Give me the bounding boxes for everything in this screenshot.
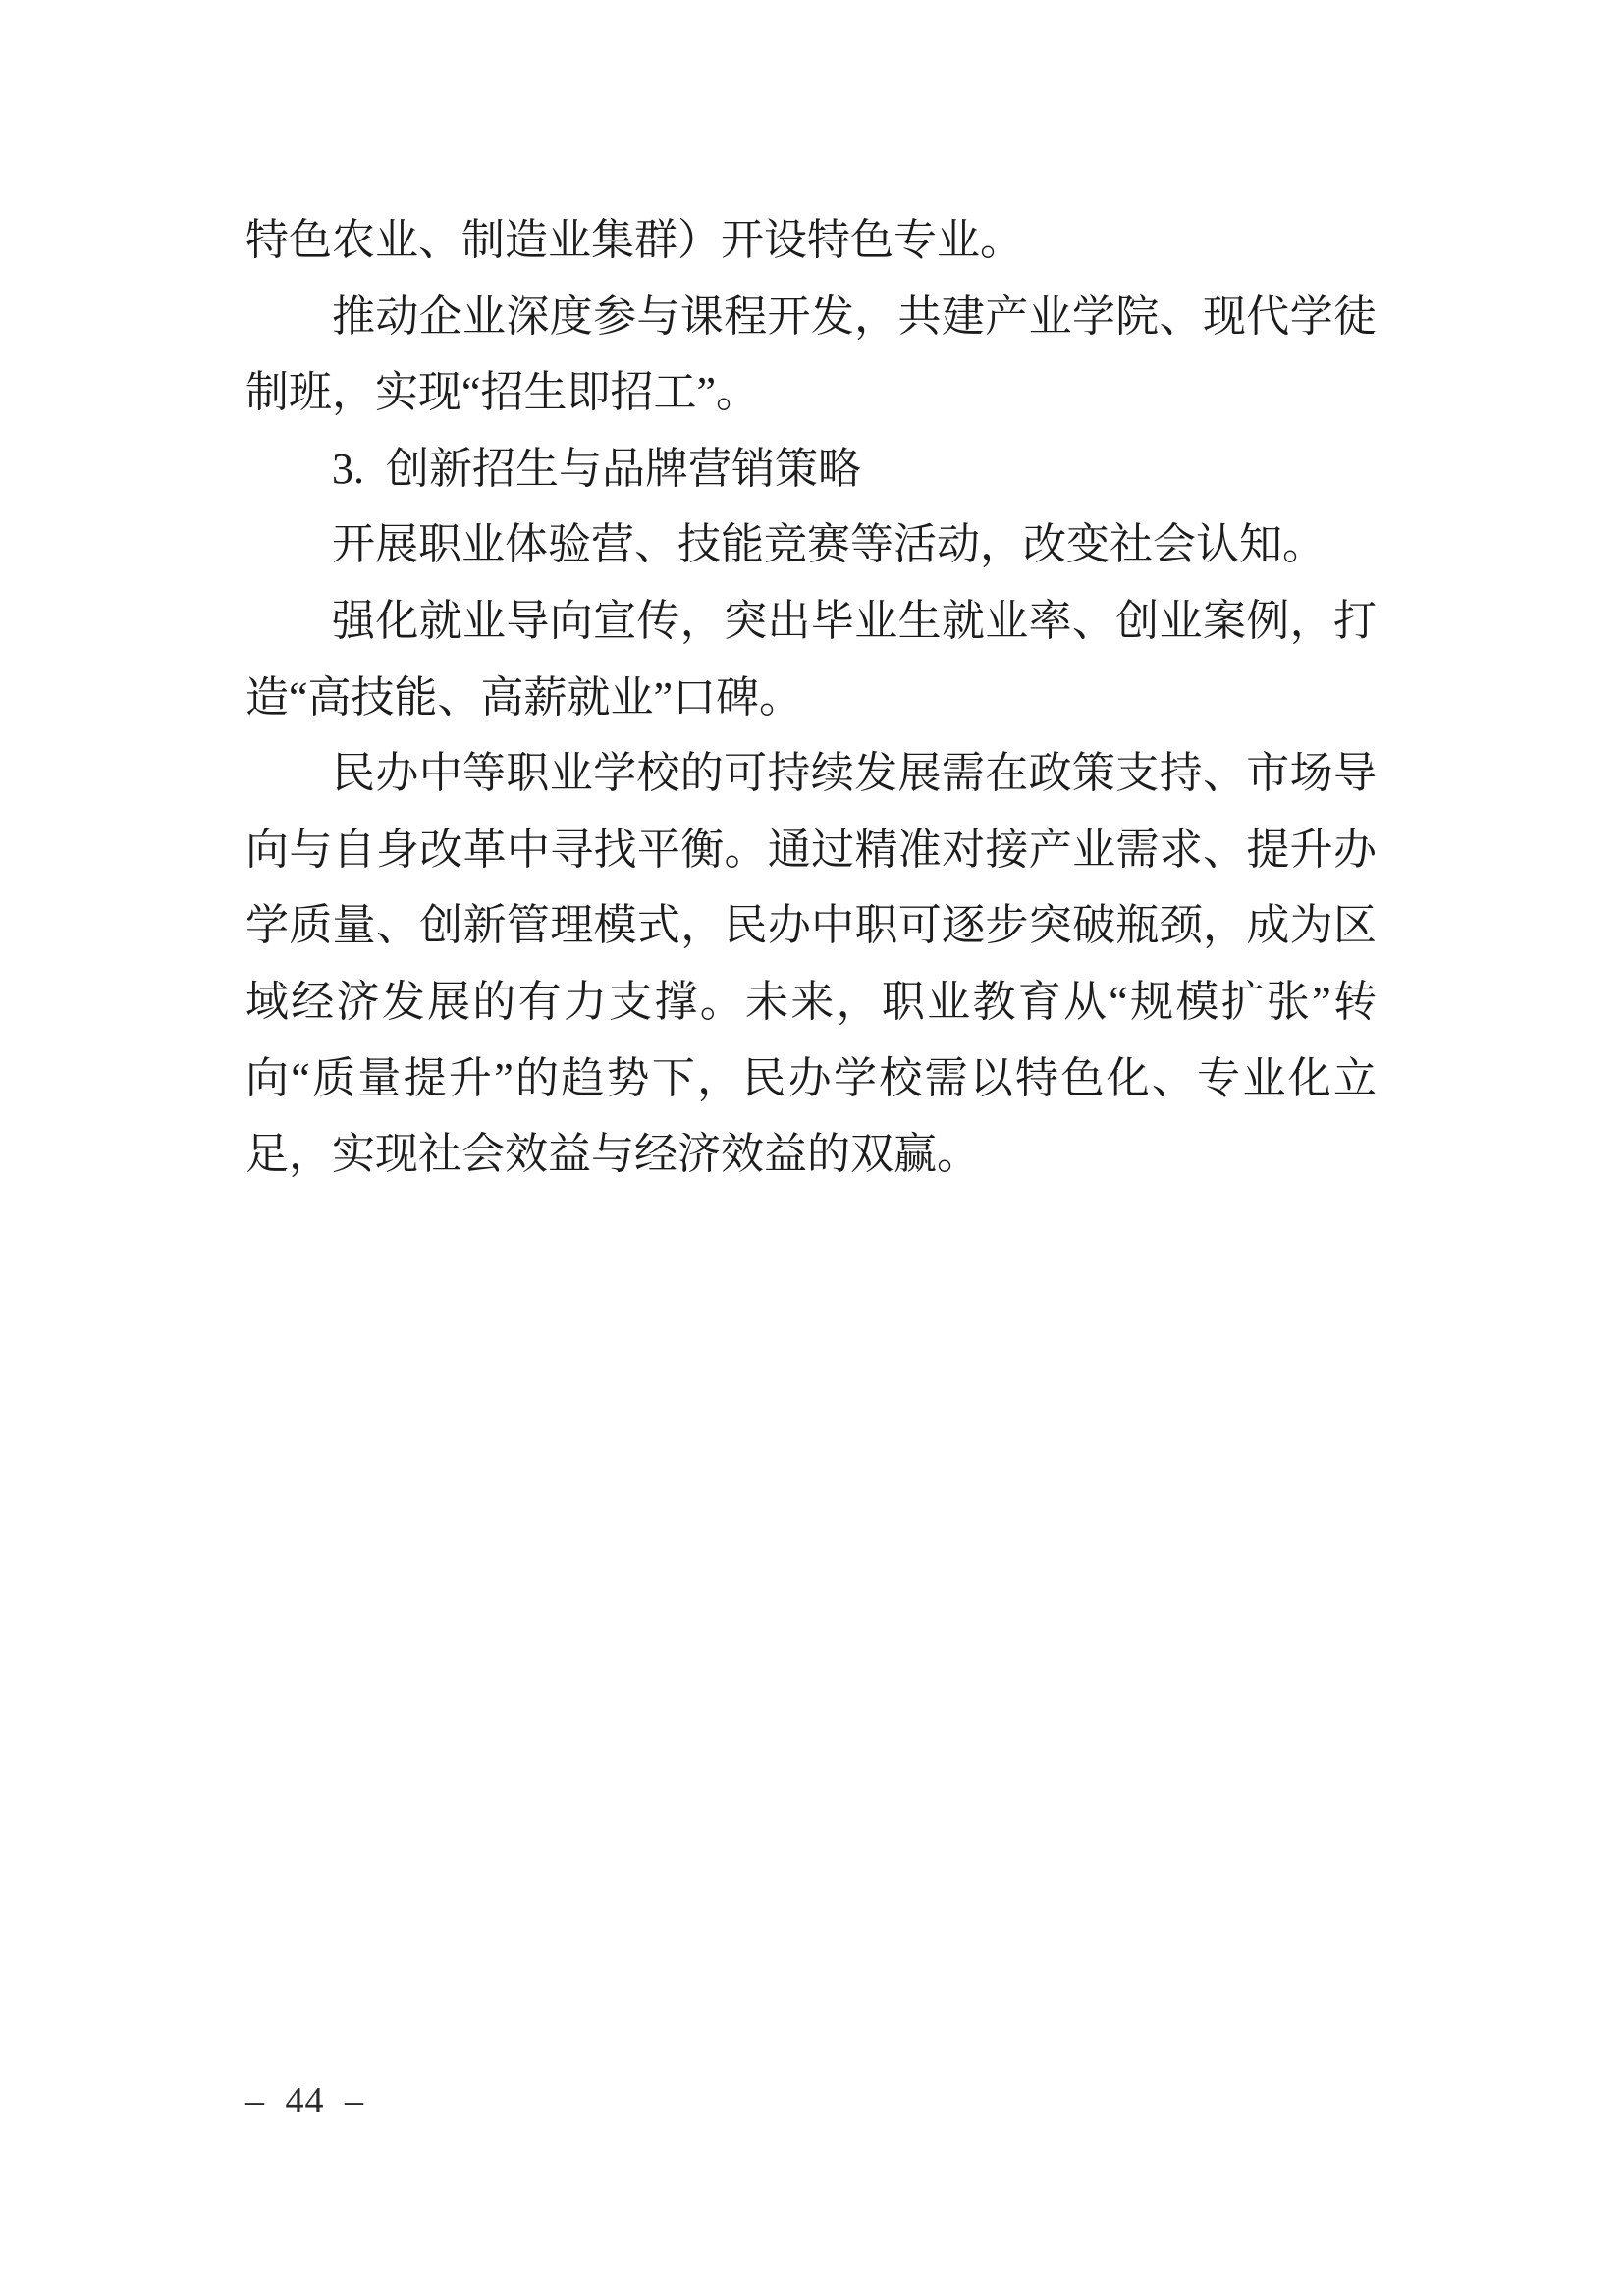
paragraph-heading-3: 3. 创新招生与品牌营销策略 [245, 431, 1377, 507]
paragraph-conclusion: 民办中等职业学校的可持续发展需在政策支持、市场导向与自身改革中寻找平衡。通过精准… [245, 735, 1377, 1193]
page-number: – 44 – [245, 2079, 364, 2122]
paragraph-continuation: 特色农业、制造业集群）开设特色专业。 [245, 202, 1377, 279]
paragraph-enterprise-cooperation: 推动企业深度参与课程开发，共建产业学院、现代学徒制班，实现“招生即招工”。 [245, 279, 1377, 431]
document-page: 特色农业、制造业集群）开设特色专业。 推动企业深度参与课程开发，共建产业学院、现… [0, 0, 1624, 2296]
paragraph-employment-promotion: 强化就业导向宣传，突出毕业生就业率、创业案例，打造“高技能、高薪就业”口碑。 [245, 583, 1377, 735]
paragraph-activities: 开展职业体验营、技能竞赛等活动，改变社会认知。 [245, 507, 1377, 583]
document-text-block: 特色农业、制造业集群）开设特色专业。 推动企业深度参与课程开发，共建产业学院、现… [245, 202, 1377, 1193]
